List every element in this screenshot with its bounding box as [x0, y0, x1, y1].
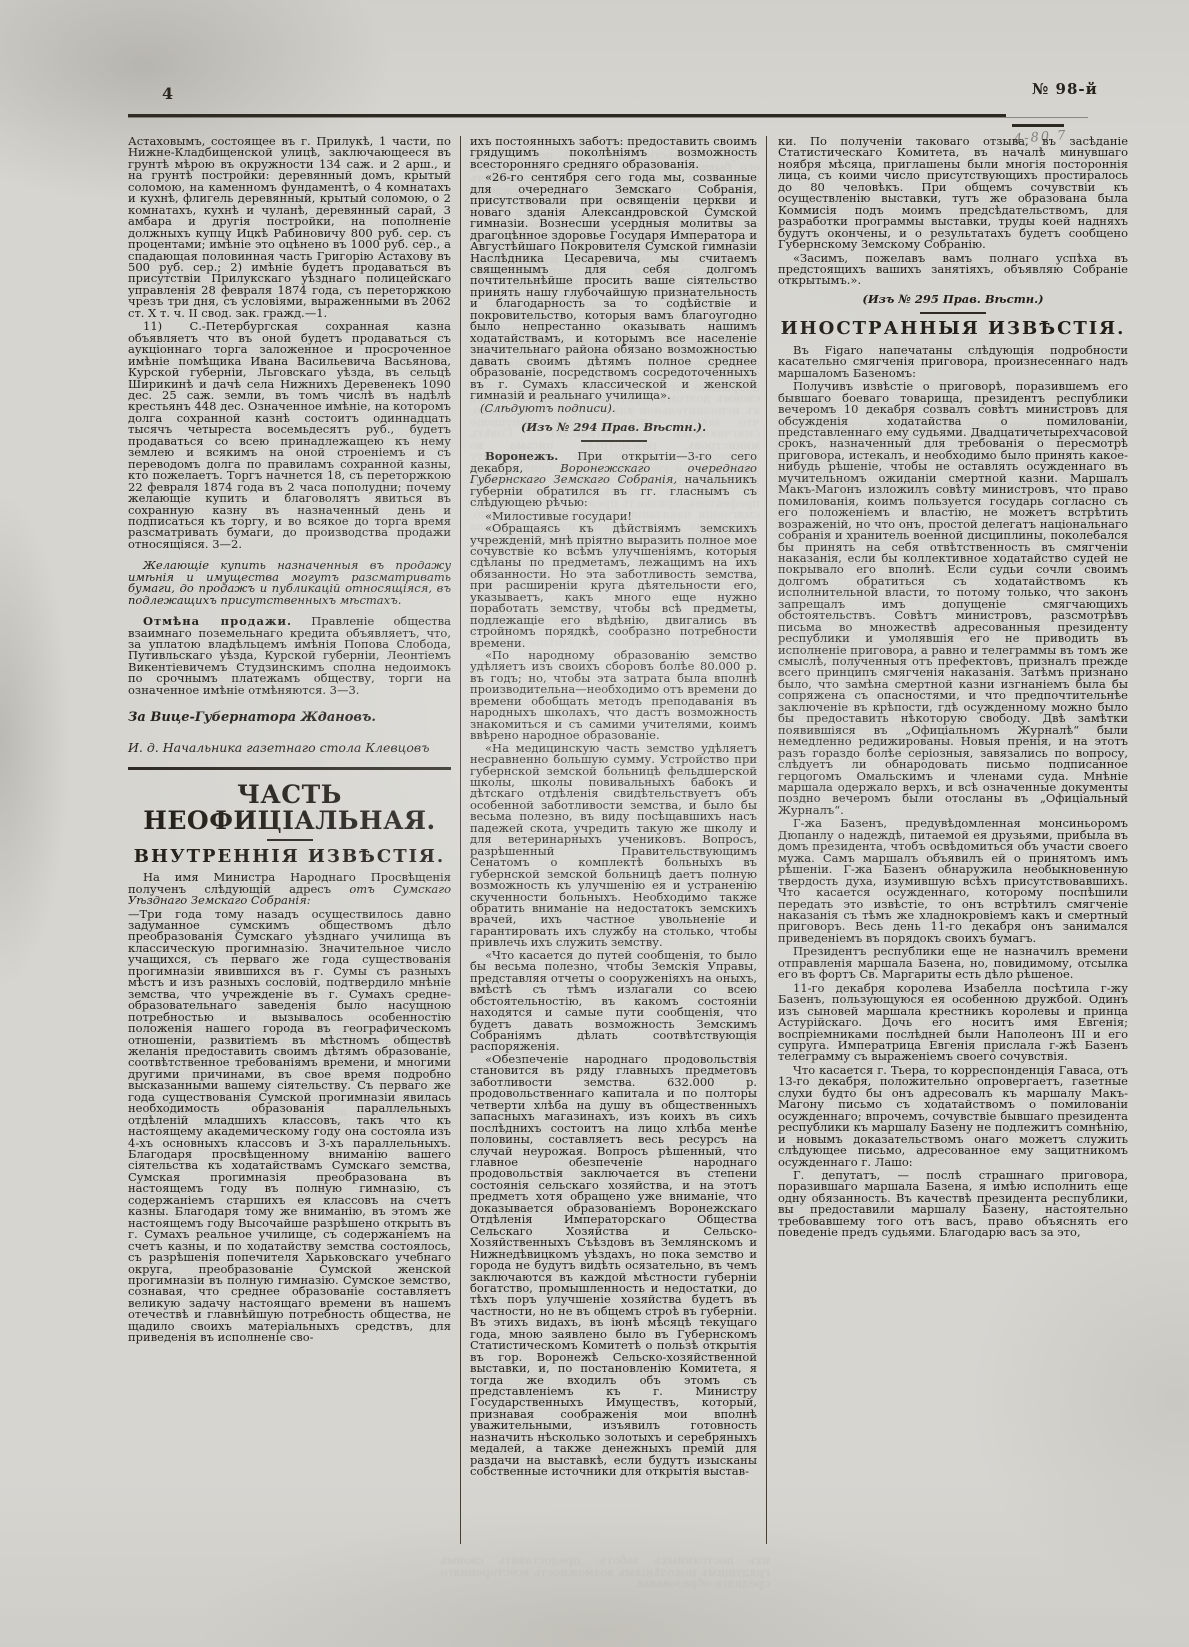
- speech-paragraph-medicine: «На медицинскую часть земство удѣляетъ н…: [470, 743, 757, 949]
- address-continuation: ихъ постоянныхъ заботъ: предоставить сво…: [470, 136, 757, 170]
- official-notice-continuation: Астаховымъ, состоящее въ г. Прилукѣ, 1 ч…: [128, 136, 451, 319]
- speech-paragraph-zemstvo: «Обращаясь къ дѣйствіямъ земскихъ учрежд…: [470, 523, 757, 649]
- speech-closing: «Засимъ, пожелавъ вамъ полнаго успѣха въ…: [778, 253, 1128, 287]
- newspaper-page: { "page": { "number": "4", "issue": "№ 9…: [0, 0, 1189, 1647]
- official-notice-item-11: 11) С.-Петербургская сохранная казна объ…: [128, 321, 451, 550]
- section-divider-rule: [128, 767, 451, 770]
- speech-paragraph-education: «По народному образованію земство удѣляе…: [470, 650, 757, 742]
- signature-desk-chief: И. д. Начальника газетнаго стола Клевцов…: [128, 742, 451, 753]
- item-divider-rule: [581, 440, 647, 442]
- masthead-dash: [1012, 124, 1064, 127]
- source-pravitelstvenny-vestnik-294: (Изъ № 294 Прав. Вѣстн.).: [470, 422, 757, 433]
- governor-speech: «Милостивые государи! «Обращаясь къ дѣйс…: [470, 511, 757, 1478]
- lachaud-letter-paragraph: Г. депутатъ, — послѣ страшнаго приговора…: [778, 1170, 1128, 1239]
- speech-paragraph-roads: «Что касается до путей сообщенія, то был…: [470, 950, 757, 1053]
- signature-vice-governor: За Вице-Губернатора Ждановъ.: [128, 712, 451, 723]
- madame-bazaine-paragraph: Г-жа Базенъ, предувѣдомленная монсиньоро…: [778, 818, 1128, 944]
- section-title-underline: [267, 839, 313, 841]
- buyers-notice-italic: Желающіе купить назначенныя въ продажу и…: [128, 560, 451, 606]
- column-3: ки. По полученіи таковаго отзыва, въ зас…: [767, 136, 1128, 1544]
- section-title-unofficial-part: ЧАСТЬ НЕОФИЦІАЛЬНАЯ.: [128, 782, 451, 835]
- sale-cancellation-notice: Отмѣна продажи. Правленіе общества взаим…: [128, 616, 451, 696]
- masthead-rule-thin: [128, 117, 1088, 118]
- voronezh-dateline: Воронежъ. При открытіи—3-го сего декабря…: [470, 451, 757, 508]
- cancellation-text: Правленіе общества взаимнаго поземельнаг…: [128, 614, 451, 697]
- item-divider-rule: [920, 312, 986, 314]
- thiers-havas-paragraph: Что касается г. Тьера, то корреспонденці…: [778, 1065, 1128, 1168]
- address-september-26: «26-го сентября сего года мы, созванные …: [470, 172, 757, 401]
- column-2: ихъ постоянныхъ заботъ: предоставить сво…: [461, 136, 767, 1544]
- address-body: —Три года тому назадъ осуществилось давн…: [128, 909, 451, 1344]
- president-decision-paragraph: Президентъ республики еще не назначилъ в…: [778, 946, 1128, 980]
- masthead-rule: [128, 114, 1006, 117]
- page-number: 4: [162, 84, 174, 103]
- column-1: Астаховымъ, состоящее въ г. Прилукѣ, 1 ч…: [128, 136, 461, 1544]
- signatures-follow-note: (Слѣдуютъ подписи).: [470, 403, 757, 414]
- speech-paragraph-provisions: «Обезпеченіе народнаго продовольствія ст…: [470, 1054, 757, 1478]
- source-pravitelstvenny-vestnik-295: (Изъ № 295 Прав. Вѣстн.): [778, 294, 1128, 305]
- address-intro: На имя Министра Народнаго Просвѣщенія по…: [128, 872, 451, 906]
- figaro-intro: Въ Figaro напечатаны слѣдующія подробнос…: [778, 345, 1128, 379]
- queen-isabella-paragraph: 11-го декабря королева Изабелла посѣтила…: [778, 983, 1128, 1063]
- bleedthrough-ghost: ихъ постоянныхъ заботъ: предоставить сво…: [440, 1555, 770, 1591]
- speech-continuation-exhibition: ки. По полученіи таковаго отзыва, въ зас…: [778, 136, 1128, 251]
- issue-number: № 98-й: [1032, 80, 1098, 98]
- columns-container: Астаховымъ, состоящее въ г. Прилукѣ, 1 ч…: [128, 136, 1128, 1544]
- subsection-title-domestic-news: ВНУТРЕННІЯ ИЗВѢСТІЯ.: [128, 851, 451, 862]
- bazaine-pardon-paragraph: Получивъ извѣстіе о приговорѣ, поразивше…: [778, 381, 1128, 816]
- section-title-foreign-news: ИНОСТРАННЫЯ ИЗВѢСТІЯ.: [778, 323, 1128, 334]
